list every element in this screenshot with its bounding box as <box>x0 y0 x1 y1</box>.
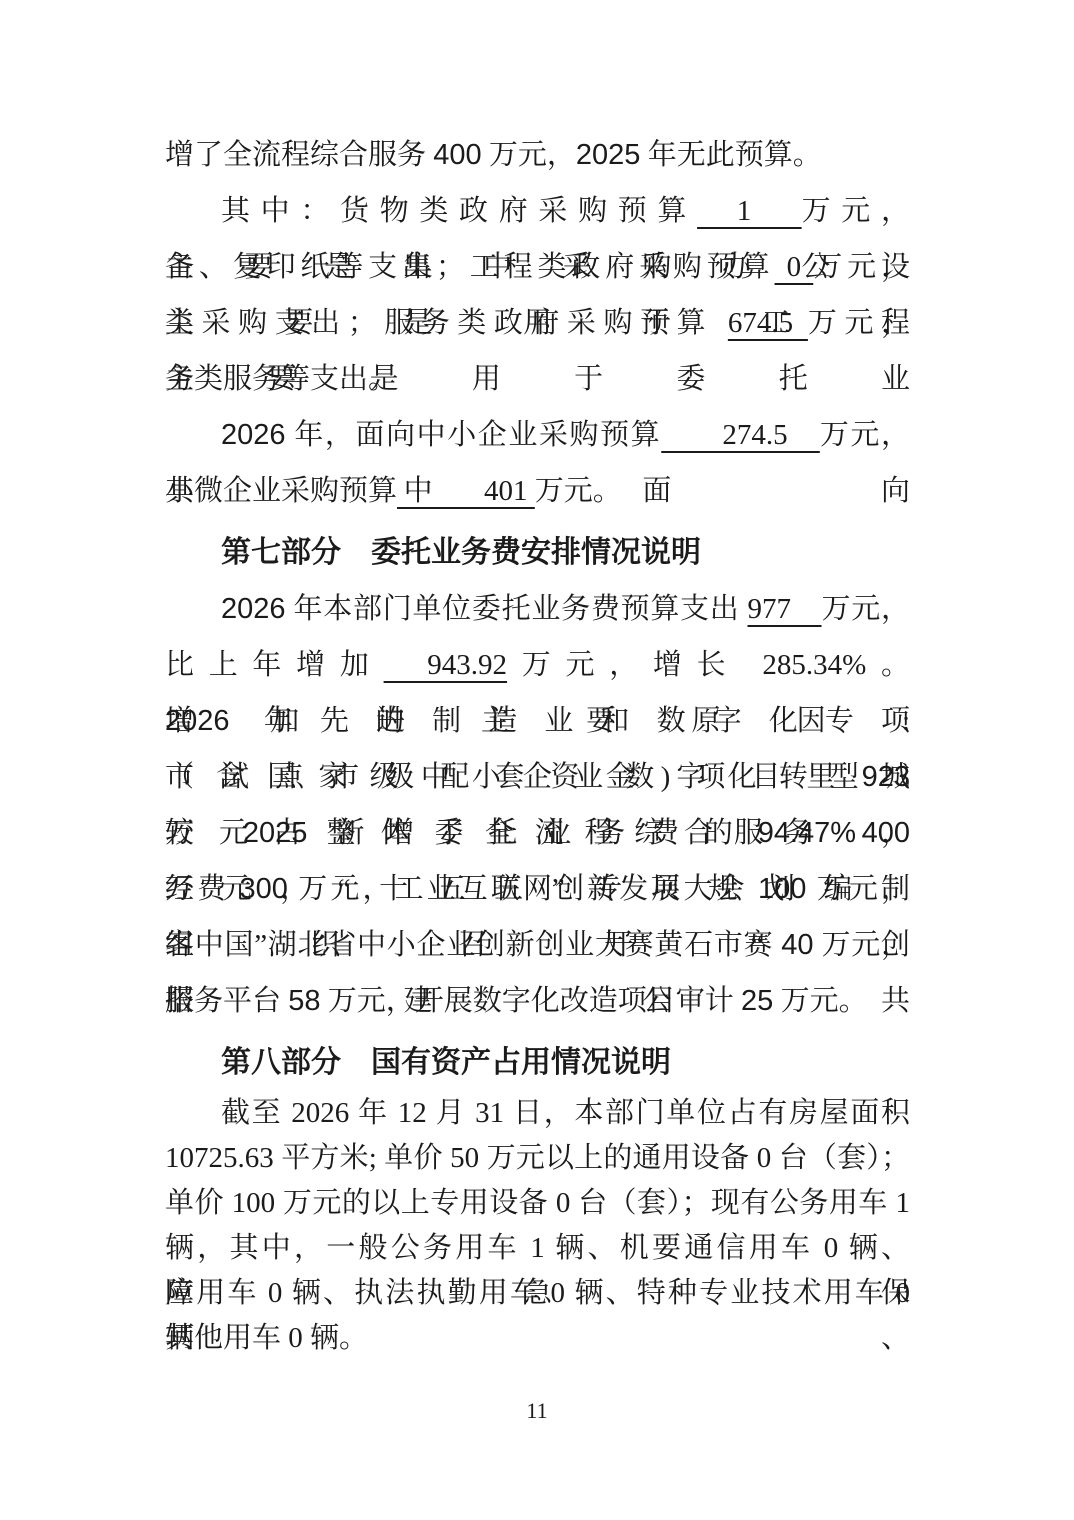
numeric-value: 2026 <box>165 705 230 737</box>
text-run: 较 <box>165 817 243 849</box>
underlined-value: 674.5 <box>728 307 808 339</box>
numeric-value: 923 <box>862 761 910 793</box>
text-line: 比上年增加 943.92万元，增长 285.34%。增加的主要原因: <box>165 637 910 693</box>
text-run: 类采购支出；服务类政府采购预算 <box>165 307 728 339</box>
heading-text: 第七部分 委托业务费安排情况说明 <box>221 536 701 569</box>
text-run: 小微企业采购预算 <box>165 475 397 507</box>
text-run: 市试点市级配套资金)项目里 <box>165 761 862 793</box>
text-line: 截至 2026 年 12 月 31 日，本部门单位占有房屋面积 <box>165 1091 910 1136</box>
numeric-value: 2025 <box>243 817 308 849</box>
paragraph: 增了全流程综合服务 400 万元，2025 年无此预算。 <box>165 127 910 183</box>
text-line: 市试点市级配套资金)项目里923 万元占整体委托业务费的94.47%， <box>165 749 910 805</box>
numeric-value: 2026 <box>221 419 286 451</box>
heading-text: 第八部分 国有资产占用情况说明 <box>221 1046 671 1079</box>
numeric-value: 400 <box>862 817 910 849</box>
text-run: 单价 100 万元的以上专用设备 0 台（套）；现有公务用车 1 <box>165 1187 910 1219</box>
text-run: 其中：货物类政府采购预算 <box>221 195 697 227</box>
underlined-value: 274.5 <box>661 419 820 451</box>
text-run: 万元。 <box>773 985 867 1017</box>
text-line: 服务平台 58 万元，开展数字化改造项目审计 25 万元。 <box>165 973 910 1029</box>
text-run: 备、复印纸等支出；工程类政府采购预算 <box>165 251 775 283</box>
text-run: 万元， <box>482 139 576 171</box>
document-page: 增了全流程综合服务 400 万元，2025 年无此预算。其中：货物类政府采购预算… <box>0 0 1074 1520</box>
text-line: 单价 100 万元的以上专用设备 0 台（套）；现有公务用车 1 <box>165 1181 910 1226</box>
text-run: 年无此预算。 <box>640 139 821 171</box>
text-line: 第七部分 委托业务费安排情况说明 <box>165 525 910 581</box>
paragraph: 2026 年本部门单位委托业务费预算支出 977 万元，比上年增加 943.92… <box>165 581 910 1029</box>
numeric-value: 2025 <box>576 139 641 171</box>
text-line: 其中：货物类政府采购预算 1 万元，主要是集中采购办公设 <box>165 183 910 239</box>
text-run: 服务平台 <box>165 985 288 1017</box>
paragraph: 2026 年，面向中小企业采购预算 274.5 万元，其中面向小微企业采购预算 … <box>165 407 910 519</box>
text-line: 2026 年，面向中小企业采购预算 274.5 万元，其中面向 <box>165 407 910 463</box>
text-run: 万元，工业互联网创新发展大会 <box>288 873 758 905</box>
underlined-value: 943.92 <box>384 649 507 681</box>
underlined-value: 0 <box>775 251 814 283</box>
text-run: 10725.63 平方米; 单价 50 万元以上的通用设备 0 台（套）； <box>165 1142 910 1174</box>
numeric-value: 25 <box>741 985 773 1017</box>
numeric-value: 58 <box>288 985 320 1017</box>
paragraph: 其中：货物类政府采购预算 1 万元，主要是集中采购办公设备、复印纸等支出；工程类… <box>165 183 910 407</box>
page-number: 11 <box>526 1398 547 1423</box>
text-line: 增了全流程综合服务 400 万元，2025 年无此预算。 <box>165 127 910 183</box>
underlined-value: 401 <box>397 475 535 507</box>
text-line: 10725.63 平方米; 单价 50 万元以上的通用设备 0 台（套）； <box>165 1136 910 1181</box>
text-run: 年，面向中小企业采购预算 <box>286 419 662 451</box>
text-run: 经费 <box>165 873 240 905</box>
text-line: 障用车 0 辆、执法执勤用车 0 辆、特种专业技术用车 0 辆、 <box>165 1271 910 1316</box>
section-heading: 第七部分 委托业务费安排情况说明 <box>165 525 910 581</box>
text-line: 较 2025 新增了全流程综合服务 400 万元，“十五五”专项规划编制 <box>165 805 910 861</box>
text-line: 备、复印纸等支出；工程类政府采购预算 0 万元，主要是用于工程 <box>165 239 910 295</box>
text-run: 比上年增加 <box>165 649 384 681</box>
text-run: 万元。 <box>535 475 622 507</box>
underlined-value: 977 <box>748 593 822 625</box>
page-footer: 11 <box>0 1398 1074 1424</box>
text-run: 年本部门单位委托业务费预算支出 <box>286 593 748 625</box>
numeric-value: 300 <box>240 873 288 905</box>
text-line: 类采购支出；服务类政府采购预算 674.5 万元，主要是用于委托业 <box>165 295 910 351</box>
text-run: 万元， <box>822 593 910 625</box>
text-run: 务类服务等支出。 <box>165 363 397 395</box>
text-line: 辆，其中，一般公务用车 1 辆、机要通信用车 0 辆、应急保 <box>165 1226 910 1271</box>
paragraph: 截至 2026 年 12 月 31 日，本部门单位占有房屋面积10725.63 … <box>165 1091 910 1361</box>
numeric-value: 40 <box>781 929 813 961</box>
numeric-value: 100 <box>758 873 806 905</box>
text-run: 其他用车 0 辆。 <box>165 1322 368 1354</box>
text-line: 2026 年先进制造业和数字化专项（含国家级中小企业数字化转型城 <box>165 693 910 749</box>
document-body: 增了全流程综合服务 400 万元，2025 年无此预算。其中：货物类政府采购预算… <box>165 127 910 1361</box>
underlined-value: 1 <box>697 195 802 227</box>
section-heading: 第八部分 国有资产占用情况说明 <box>165 1035 910 1091</box>
text-line: 第八部分 国有资产占用情况说明 <box>165 1035 910 1091</box>
text-run: 增了全流程综合服务 <box>165 139 433 171</box>
text-run: 新增了全流程综合服务 <box>307 817 861 849</box>
text-line: 客中国”湖北省中小企业创新创业大赛黄石市赛 40 万元，搭建公共 <box>165 917 910 973</box>
numeric-value: 400 <box>433 139 481 171</box>
numeric-value: 2026 <box>221 593 286 625</box>
text-line: 经费 300 万元，工业互联网创新发展大会 100 万元，组织召开“创 <box>165 861 910 917</box>
text-run: 客中国”湖北省中小企业创新创业大赛黄石市赛 <box>165 929 781 961</box>
text-run: 万元，开展数字化改造项目审计 <box>321 985 742 1017</box>
text-run: 截至 2026 年 12 月 31 日，本部门单位占有房屋面积 <box>221 1097 910 1129</box>
text-line: 2026 年本部门单位委托业务费预算支出 977 万元， <box>165 581 910 637</box>
